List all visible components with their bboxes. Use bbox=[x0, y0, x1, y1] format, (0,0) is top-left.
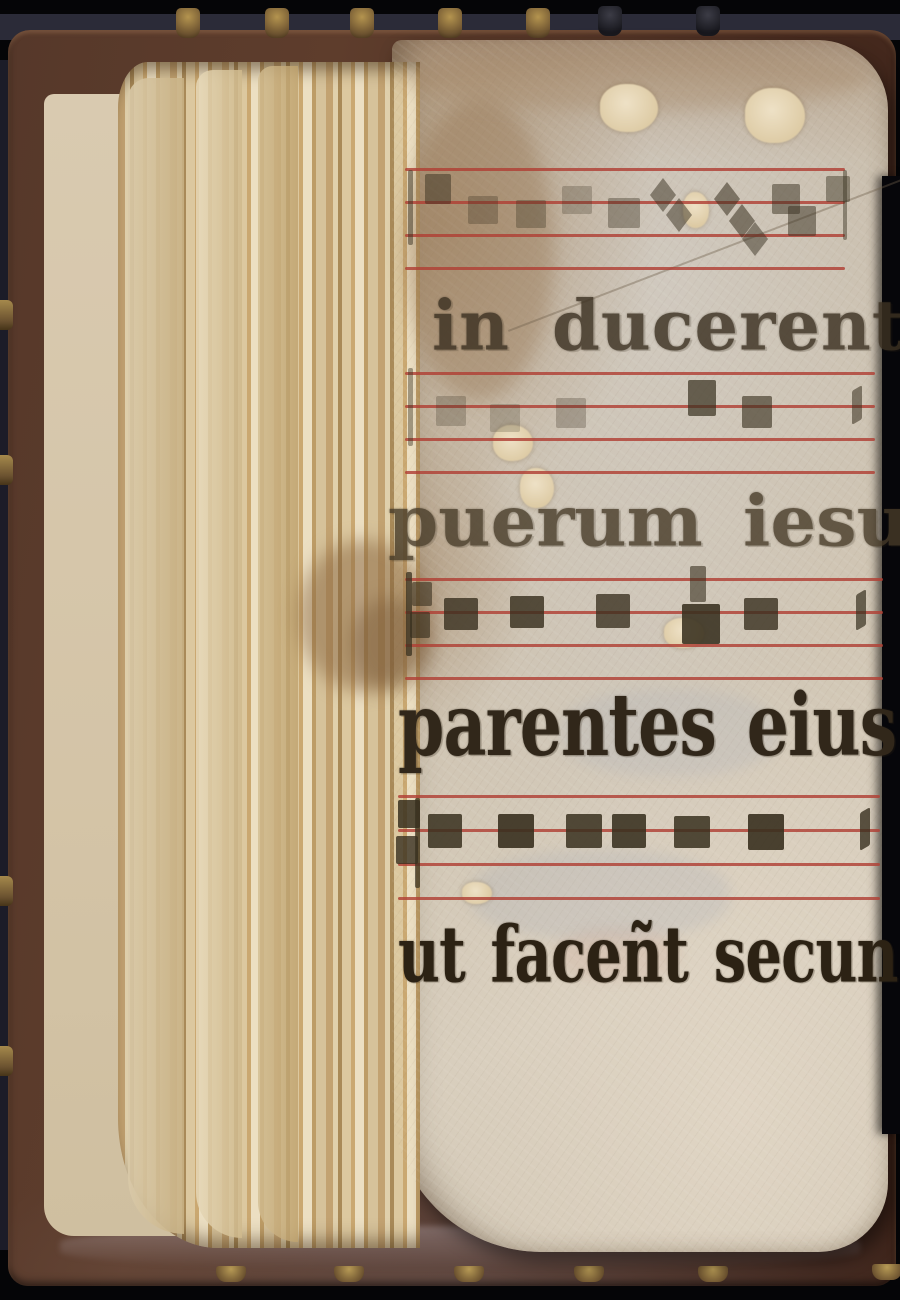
neume-stem bbox=[843, 170, 847, 240]
neume-square bbox=[428, 814, 462, 848]
neume-square bbox=[468, 196, 498, 224]
neume-square bbox=[566, 814, 602, 848]
staff-line bbox=[405, 234, 845, 237]
manuscript-photo: in ducerent puerum iesum parentes eius u… bbox=[0, 0, 900, 1300]
neume-square bbox=[744, 598, 778, 630]
staff-line bbox=[405, 644, 883, 647]
staff-line bbox=[398, 863, 880, 866]
chant-staff bbox=[405, 372, 875, 474]
chant-text-line: ut faceñt secun bbox=[398, 908, 898, 1000]
neume-square bbox=[444, 598, 478, 630]
staff-line bbox=[398, 897, 880, 900]
neume-square bbox=[682, 604, 720, 644]
neume-square bbox=[556, 398, 586, 428]
neume-square bbox=[688, 380, 716, 416]
music-overlay bbox=[0, 0, 900, 1300]
neume-square bbox=[608, 198, 640, 228]
neume-square bbox=[748, 814, 784, 850]
staff-line bbox=[405, 168, 845, 171]
neume-square bbox=[510, 596, 544, 628]
neume-square bbox=[742, 396, 772, 428]
staff-line bbox=[405, 372, 875, 375]
neume-square bbox=[490, 404, 520, 432]
neume-square bbox=[498, 814, 534, 848]
neume-square bbox=[425, 174, 451, 204]
neume-square bbox=[788, 206, 816, 236]
neume-square bbox=[690, 566, 706, 602]
page-content: in ducerent puerum iesum parentes eius u… bbox=[0, 0, 900, 1300]
neume-stem bbox=[408, 368, 413, 446]
chant-text-line: in ducerent bbox=[432, 286, 900, 367]
neume-square bbox=[612, 814, 646, 848]
staff-line bbox=[405, 267, 845, 270]
staff-line bbox=[405, 578, 883, 581]
neume-stem bbox=[408, 170, 413, 245]
neume-end-mark bbox=[852, 385, 862, 425]
chant-text-line: parentes eius bbox=[398, 676, 896, 776]
staff-line bbox=[398, 795, 880, 798]
staff-line bbox=[405, 438, 875, 441]
neume-square bbox=[516, 200, 546, 228]
neume-square bbox=[410, 612, 430, 638]
neume-square bbox=[674, 816, 710, 848]
neume-stem bbox=[415, 798, 420, 888]
staff-line bbox=[405, 405, 875, 408]
neume-square bbox=[596, 594, 630, 628]
chant-text-line: puerum iesum bbox=[388, 480, 900, 563]
neume-square bbox=[436, 396, 466, 426]
neume-end-mark bbox=[860, 807, 870, 851]
neume-end-mark bbox=[856, 589, 866, 631]
neume-square bbox=[562, 186, 592, 214]
neume-square bbox=[412, 582, 432, 606]
staff-line bbox=[405, 471, 875, 474]
